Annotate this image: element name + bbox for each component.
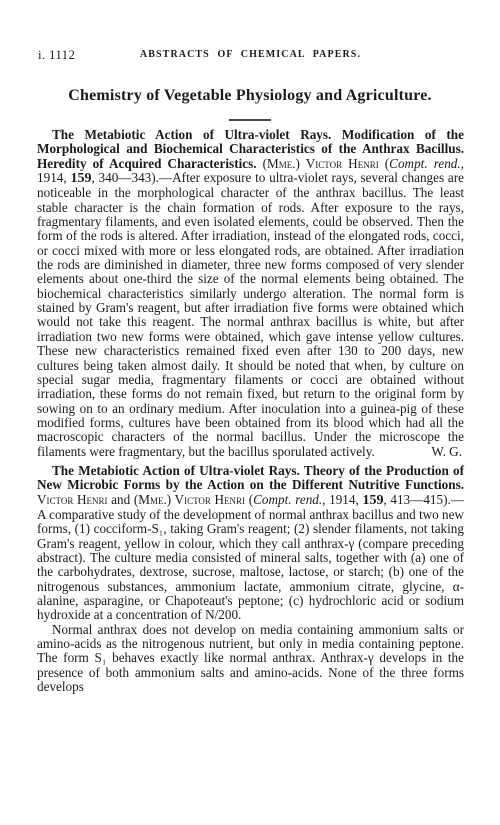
citation-open: ( — [379, 156, 389, 171]
section-title: Chemistry of Vegetable Physiology and Ag… — [0, 87, 500, 105]
journal-page: i. 1112 ABSTRACTS OF CHEMICAL PAPERS. Ch… — [0, 0, 500, 825]
abstract-body-continued: Normal anthrax does not develop on media… — [37, 623, 464, 695]
title-divider-rule — [229, 119, 271, 121]
abstract-author: (Mme.) Victor Henri — [134, 492, 245, 507]
citation-journal: Compt. rend. — [389, 156, 461, 171]
abstract-anthrax-morphology: The Metabiotic Action of Ultra-violet Ra… — [37, 128, 464, 459]
abstract-title: The Metabiotic Action of Ultra-violet Ra… — [37, 463, 464, 492]
citation-journal: Compt. rend. — [253, 492, 322, 507]
reviewer-initials: W. G. — [416, 445, 464, 459]
citation-open: ( — [245, 492, 253, 507]
abstract-author: (Mme.) Victor Henri — [263, 156, 379, 171]
abstract-body: After exposure to ultra-violet rays, sev… — [37, 170, 464, 459]
abstract-body: A comparative study of the development o… — [37, 507, 464, 622]
citation-volume: 159 — [362, 493, 383, 508]
running-head: i. 1112 ABSTRACTS OF CHEMICAL PAPERS. — [37, 47, 464, 62]
abstract-anthrax-nutrition: The Metabiotic Action of Ultra-violet Ra… — [37, 464, 464, 623]
abstract-author: Victor Henri — [37, 492, 108, 507]
citation-pages: , 340—343).— — [91, 170, 172, 185]
citation-pages: , 413—415).— — [383, 492, 464, 507]
page-number: i. 1112 — [38, 47, 75, 63]
running-header-title: ABSTRACTS OF CHEMICAL PAPERS. — [37, 47, 464, 60]
citation-year: , 1914, — [322, 492, 362, 507]
citation-volume: 159 — [70, 171, 91, 186]
author-separator: and — [108, 492, 134, 507]
abstracts-column: The Metabiotic Action of Ultra-violet Ra… — [37, 128, 464, 694]
